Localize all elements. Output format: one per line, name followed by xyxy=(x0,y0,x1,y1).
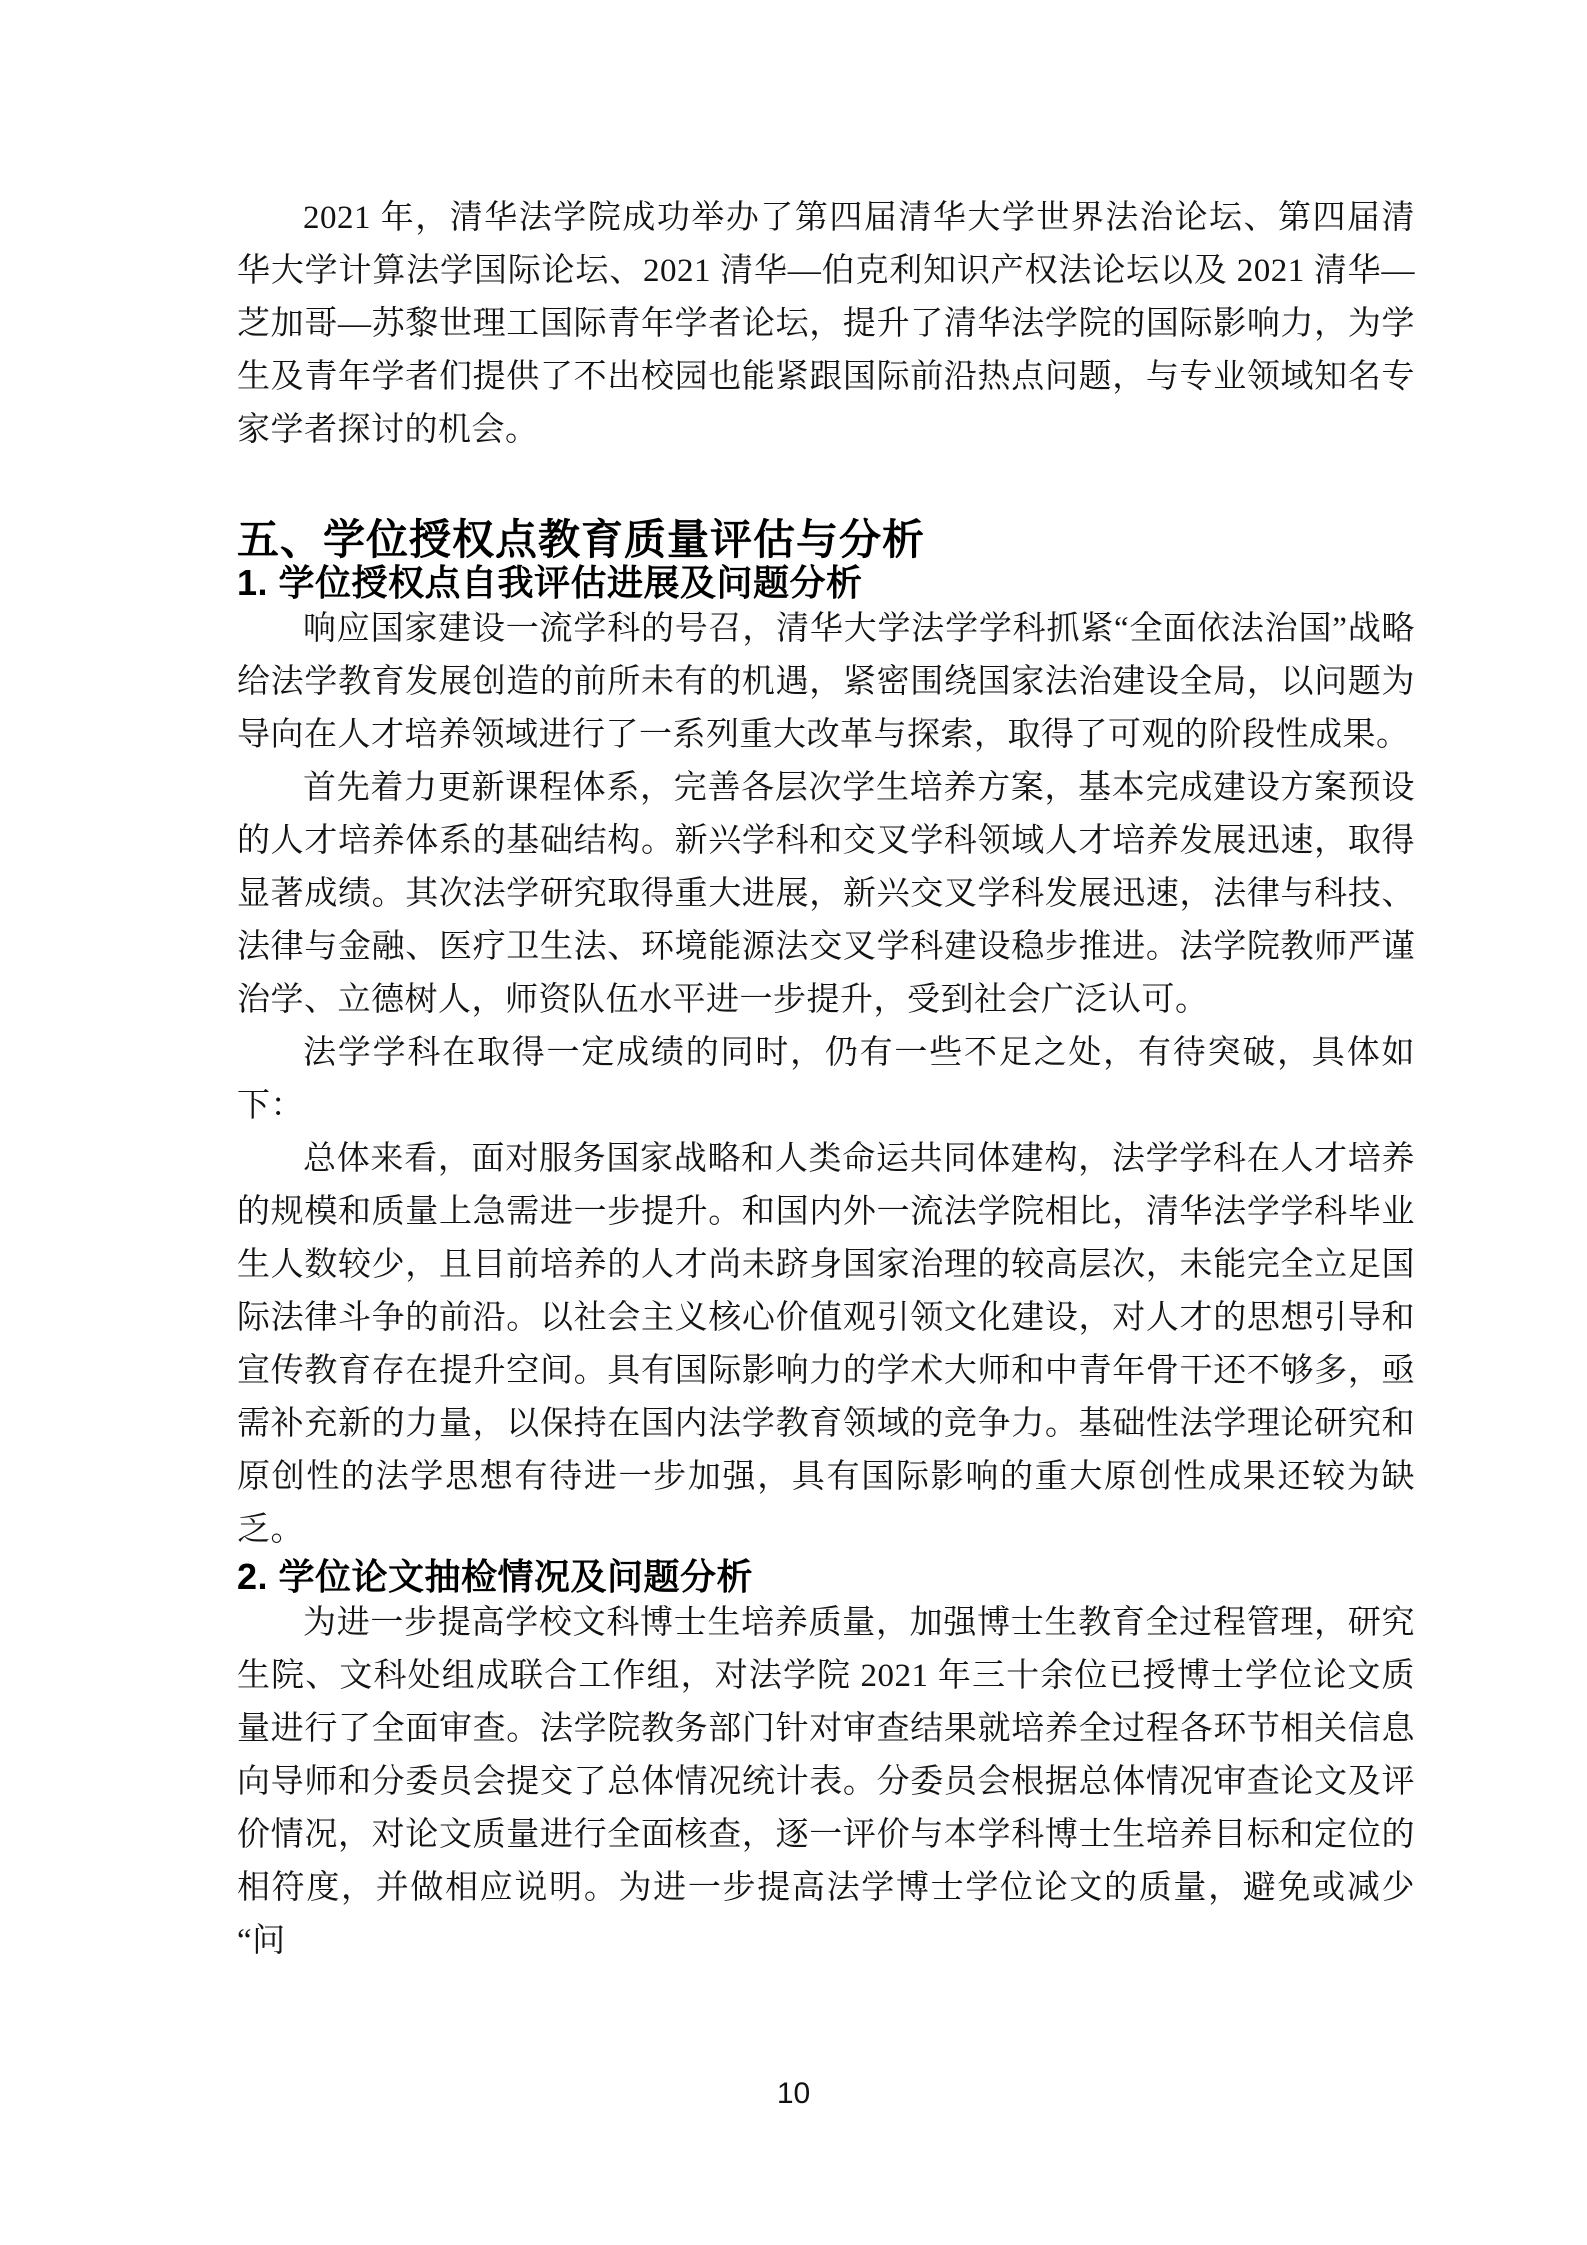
page-content: 2021 年，清华法学院成功举办了第四届清华大学世界法治论坛、第四届清华大学计算… xyxy=(237,0,1415,1968)
document-page: 2021 年，清华法学院成功举办了第四届清华大学世界法治论坛、第四届清华大学计算… xyxy=(0,0,1587,2245)
intro-paragraph: 2021 年，清华法学院成功举办了第四届清华大学世界法治论坛、第四届清华大学计算… xyxy=(237,192,1415,457)
subsection-2-heading: 2. 学位论文抽检情况及问题分析 xyxy=(237,1557,1415,1597)
section-heading: 五、学位授权点教育质量评估与分析 xyxy=(237,517,1415,563)
subsection-1-paragraph-1: 响应国家建设一流学科的号召，清华大学法学学科抓紧“全面依法治国”战略给法学教育发… xyxy=(237,603,1415,762)
page-number: 10 xyxy=(0,2076,1587,2112)
subsection-1-paragraph-3: 法学学科在取得一定成绩的同时，仍有一些不足之处，有待突破，具体如下： xyxy=(237,1027,1415,1133)
subsection-2-paragraph-1: 为进一步提高学校文科博士生培养质量，加强博士生教育全过程管理，研究生院、文科处组… xyxy=(237,1597,1415,1968)
subsection-1-paragraph-2: 首先着力更新课程体系，完善各层次学生培养方案，基本完成建设方案预设的人才培养体系… xyxy=(237,762,1415,1027)
subsection-1-heading: 1. 学位授权点自我评估进展及问题分析 xyxy=(237,563,1415,603)
subsection-1-paragraph-4: 总体来看，面对服务国家战略和人类命运共同体建构，法学学科在人才培养的规模和质量上… xyxy=(237,1133,1415,1557)
